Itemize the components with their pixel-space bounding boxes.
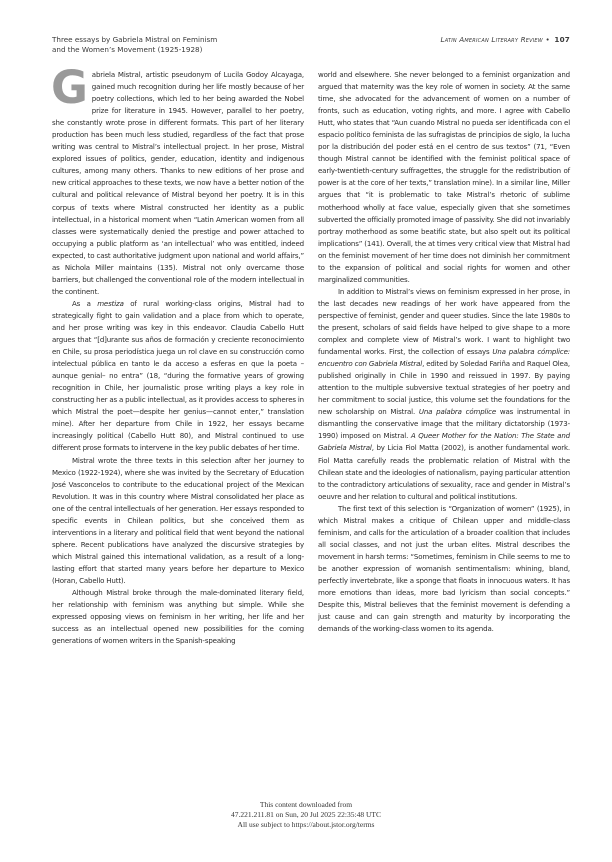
download-notice-line-1: This content downloaded from	[0, 800, 612, 810]
journal-name: Latin American Literary Review	[440, 35, 542, 44]
journal-header: Latin American Literary Review • 107	[440, 35, 570, 45]
page-number: 107	[554, 35, 570, 44]
paragraph-6: In addition to Mistral’s views on femini…	[318, 286, 570, 503]
download-notice: This content downloaded from 47.221.211.…	[0, 800, 612, 829]
header-bullet: •	[545, 35, 549, 44]
article-short-title: Three essays by Gabriela Mistral on Femi…	[52, 35, 217, 54]
paragraph-7: The first text of this selection is “Org…	[318, 503, 570, 636]
download-notice-line-2: 47.221.211.81 on Sun, 20 Jul 2025 22:35:…	[0, 810, 612, 820]
paragraph-1: Gabriela Mistral, artistic pseudonym of …	[52, 69, 304, 298]
left-column: Gabriela Mistral, artistic pseudonym of …	[52, 69, 304, 647]
right-column: world and elsewhere. She never belonged …	[318, 69, 570, 647]
italic-term: mestiza	[97, 299, 124, 308]
drop-cap: G	[51, 70, 88, 106]
body-columns: Gabriela Mistral, artistic pseudonym of …	[52, 69, 570, 647]
paragraph-3: Mistral wrote the three texts in this se…	[52, 455, 304, 588]
download-notice-line-3: All use subject to https://about.jstor.o…	[0, 820, 612, 830]
running-head: Three essays by Gabriela Mistral on Femi…	[52, 35, 570, 65]
book-title: Una palabra cómplice	[419, 407, 496, 416]
paragraph-4: Although Mistral broke through the male-…	[52, 587, 304, 647]
paragraph-2: As a mestiza of rural working-class orig…	[52, 298, 304, 455]
article-title-line-1: Three essays by Gabriela Mistral on Femi…	[52, 35, 217, 45]
article-title-line-2: and the Women’s Movement (1925-1928)	[52, 45, 217, 55]
paragraph-5: world and elsewhere. She never belonged …	[318, 69, 570, 286]
